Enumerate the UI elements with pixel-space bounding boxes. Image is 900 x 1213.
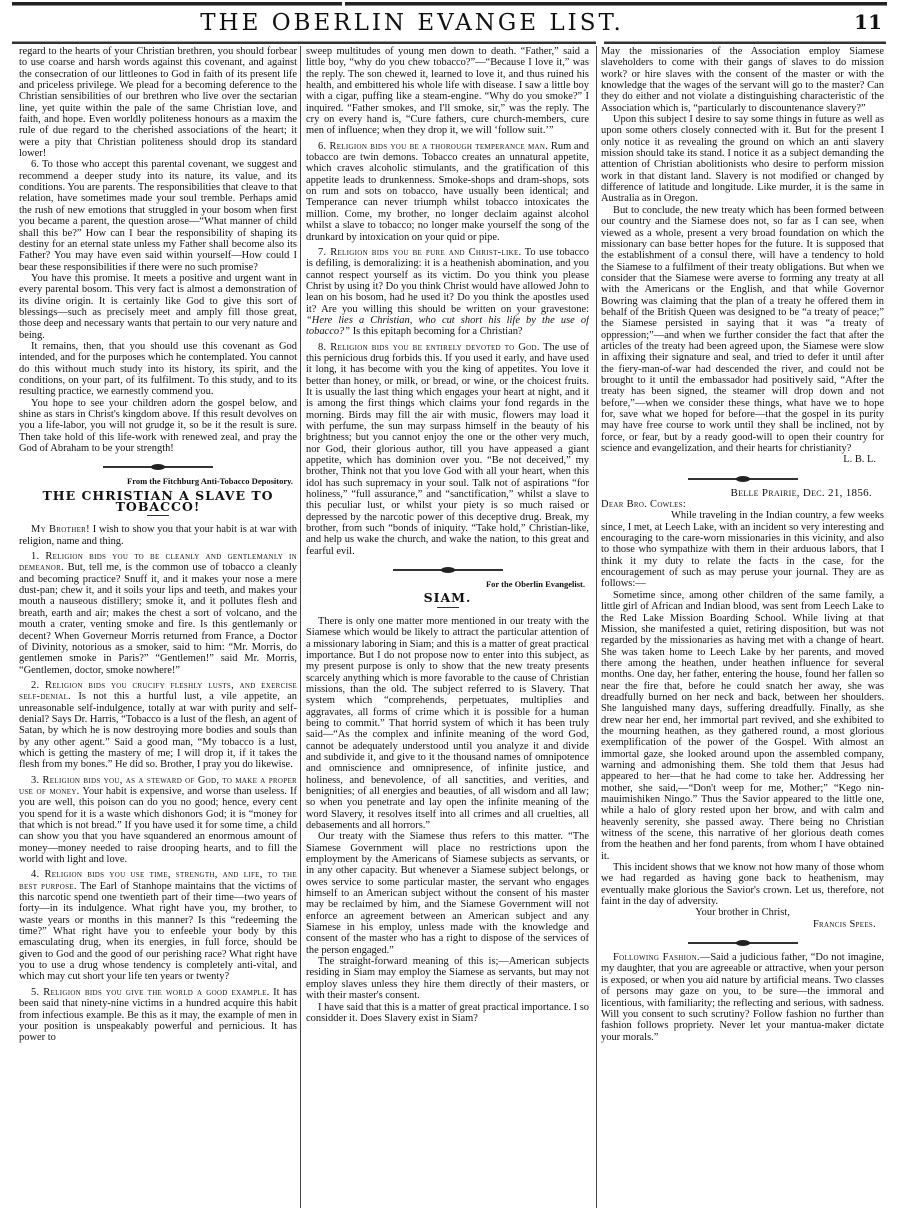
letter-signature: Francis Spees.: [601, 919, 876, 930]
article-source: For the Oberlin Evangelist.: [306, 579, 585, 590]
paragraph: While traveling in the Indian country, a…: [601, 510, 884, 589]
top-rule-right: [345, 2, 887, 6]
paragraph: You have this promise. It meets a positi…: [19, 273, 297, 341]
paragraph: 6. Religion bids you be a thorough tempe…: [306, 141, 589, 243]
paragraph: Following Fashion.—Said a judicious fath…: [601, 952, 884, 1043]
section-divider: [393, 569, 503, 571]
title-underline: [147, 515, 169, 516]
body-text: Your habit is expensive, and worse than …: [19, 786, 297, 865]
point-heading: 5. Religion bids you give the world a go…: [31, 987, 270, 998]
paragraph: 1. Religion bids you to be cleanly and g…: [19, 551, 297, 676]
item-heading: Following Fashion.: [613, 952, 700, 963]
header-rule-middle: [302, 41, 596, 44]
paragraph: This incident shows that we know not how…: [601, 862, 884, 907]
masthead: THE OBERLIN EVANGE LIST. 11: [0, 8, 900, 38]
letter-dateline: Belle Prairie, Dec. 21, 1856.: [601, 488, 872, 499]
paragraph: regard to the hearts of your Christian b…: [19, 46, 297, 159]
lead-in: My Brother!: [31, 524, 90, 535]
paragraph: 5. Religion bids you give the world a go…: [19, 987, 297, 1044]
letter-salutation: Dear Bro. Cowles:: [601, 499, 884, 510]
author-initials: L. B. L.: [601, 454, 876, 465]
column-divider-2: [596, 46, 597, 1208]
paragraph: Sometime since, among other children of …: [601, 590, 884, 862]
body-text: The use of this pernicious drug forbids …: [306, 342, 589, 557]
paragraph: There is only one matter more mentioned …: [306, 616, 589, 832]
paragraph: 3. Religion bids you, as a steward of Go…: [19, 775, 297, 866]
paragraph: You hope to see your children adorn the …: [19, 398, 297, 455]
paragraph: 8. Religion bids you be entirely devoted…: [306, 342, 589, 558]
section-divider: [103, 466, 213, 468]
newspaper-title: THE OBERLIN EVANGE LIST.: [132, 10, 692, 36]
column-divider-1: [300, 46, 301, 1208]
paragraph: sweep multitudes of young men down to de…: [306, 46, 589, 137]
paragraph: 2. Religion bids you crucify fleshly lus…: [19, 680, 297, 771]
page-number: 11: [854, 10, 882, 34]
article-title-siam: SIAM.: [306, 592, 589, 603]
article-title-tobacco: THE CHRISTIAN A SLAVE TO TOBACCO!: [19, 490, 297, 513]
paragraph: 4. Religion bids you use time, strength,…: [19, 869, 297, 982]
point-heading: 6. Religion bids you be a thorough tempe…: [318, 141, 548, 152]
paragraph: I have said that this is a matter of gre…: [306, 1002, 589, 1025]
paragraph: May the missionaries of the Association …: [601, 46, 884, 114]
column-1: regard to the hearts of your Christian b…: [19, 46, 297, 1206]
body-text: Is not this a hurtful lust, a vile appet…: [19, 691, 297, 770]
body-text: But, tell me, is the common use of tobac…: [19, 562, 297, 675]
paragraph: But to conclude, the new treaty which ha…: [601, 205, 884, 455]
point-heading: 8. Religion bids you be entirely devoted…: [318, 342, 540, 353]
paragraph: 6. To those who accept this parental cov…: [19, 159, 297, 272]
body-text: The Earl of Stanhope maintains that the …: [19, 881, 297, 983]
paragraph: 7. Religion bids you be pure and Christ-…: [306, 247, 589, 338]
body-text: —Said a judicious father, “Do not imagin…: [601, 952, 884, 1042]
body-text: Is this epitaph becoming for a Christian…: [350, 326, 522, 337]
paragraph: My Brother! I wish to show you that your…: [19, 524, 297, 547]
header-rule-right: [604, 41, 886, 44]
top-rule-left: [12, 2, 342, 6]
column-2: sweep multitudes of young men down to de…: [306, 46, 589, 1206]
paragraph: Our treaty with the Siamese thus refers …: [306, 831, 589, 956]
paragraph: Upon this subject I desire to say some t…: [601, 114, 884, 205]
paragraph: It remains, then, that you should use th…: [19, 341, 297, 398]
title-underline: [437, 607, 459, 608]
column-3: May the missionaries of the Association …: [601, 46, 884, 1206]
section-divider: [688, 942, 798, 944]
newspaper-page: THE OBERLIN EVANGE LIST. 11 regard to th…: [0, 0, 900, 1213]
article-source: From the Fitchburg Anti-Tobacco Deposito…: [19, 476, 293, 487]
paragraph: The straight-forward meaning of this is;…: [306, 956, 589, 1001]
section-divider: [688, 478, 798, 480]
letter-closing: Your brother in Christ,: [601, 907, 884, 918]
point-heading: 7. Religion bids you be pure and Christ-…: [318, 247, 521, 258]
body-text: Rum and tobacco are twin demons. Tobacco…: [306, 141, 589, 243]
header-rule-left: [12, 41, 302, 44]
